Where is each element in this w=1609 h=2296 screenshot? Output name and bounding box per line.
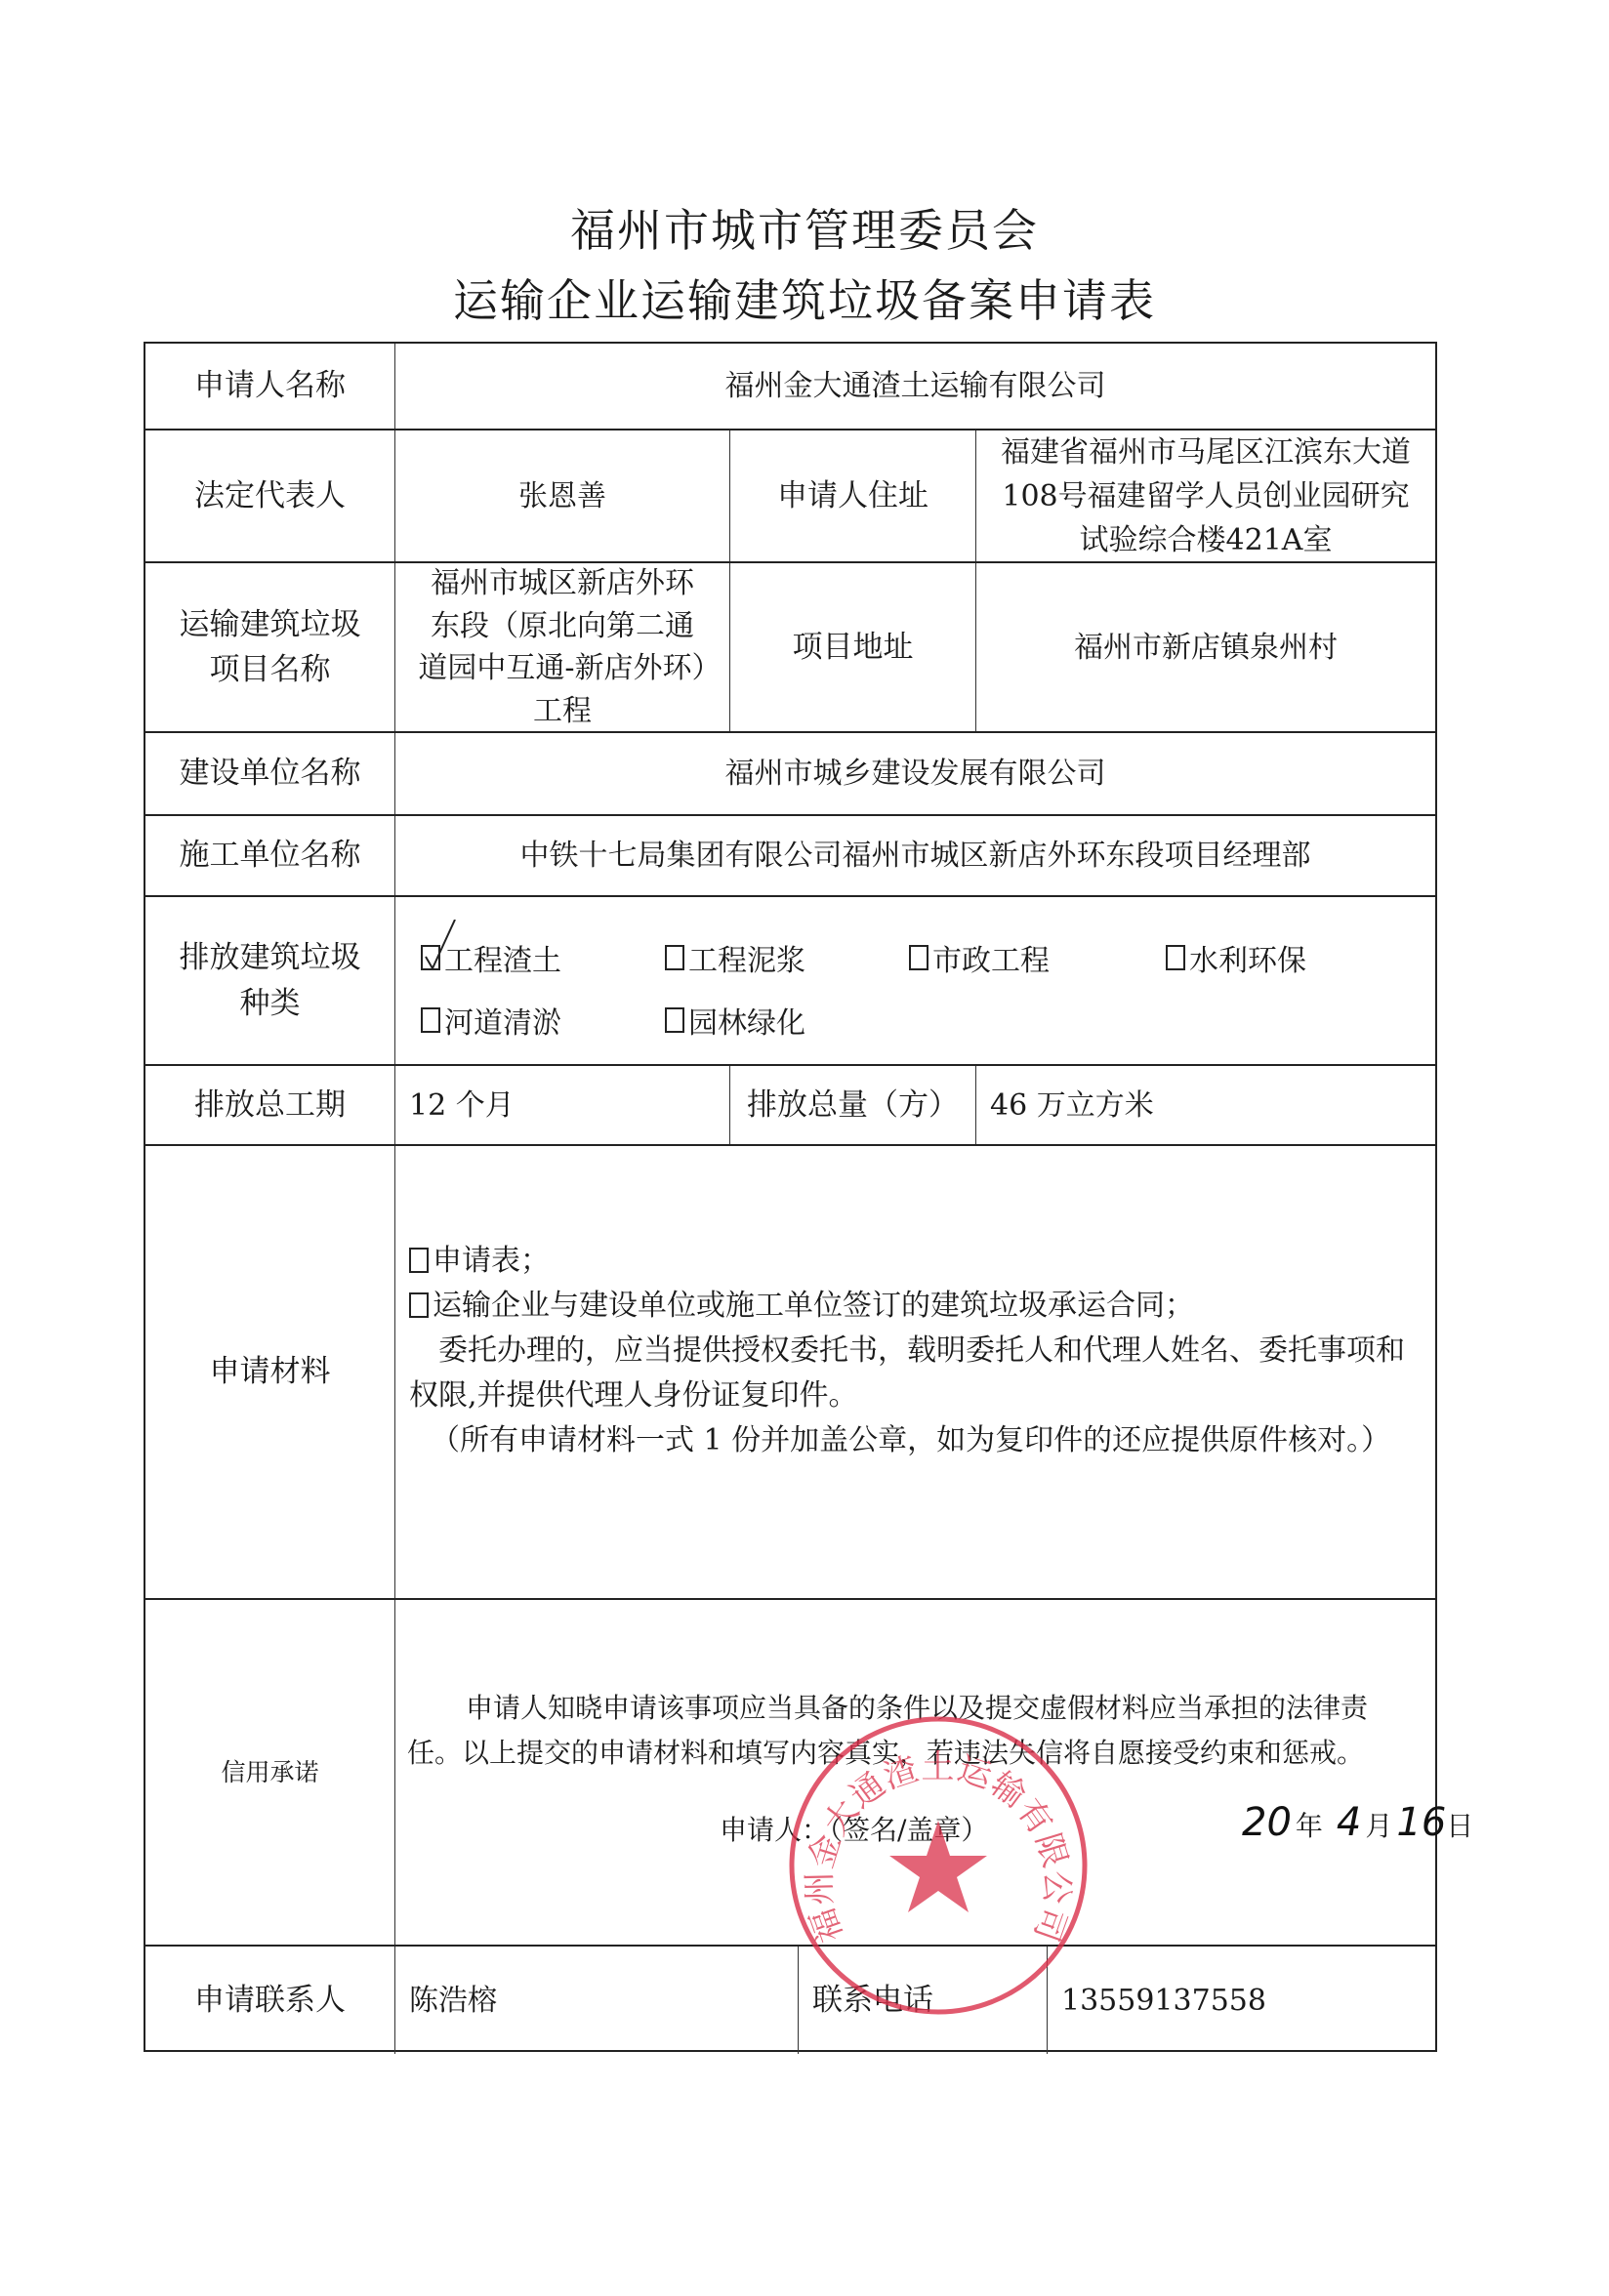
total-volume-label: 排放总量（方） xyxy=(729,1066,975,1144)
duration-value: 12 个月 xyxy=(394,1066,729,1144)
applicant-name-label: 申请人名称 xyxy=(145,344,394,429)
project-address-value: 福州市新店镇泉州村 xyxy=(975,563,1435,731)
legal-rep-value: 张恩善 xyxy=(394,430,729,561)
checkbox-unchecked[interactable] xyxy=(665,1007,684,1033)
materials-note-1: 委托办理的，应当提供授权委托书，载明委托人和代理人姓名、委托事项和权限,并提供代… xyxy=(409,1329,1416,1418)
materials-item-1: 申请表； xyxy=(409,1239,1416,1284)
duration-label: 排放总工期 xyxy=(145,1066,394,1144)
builder-unit-label: 建设单位名称 xyxy=(145,733,394,814)
option-label: 工程渣土 xyxy=(444,936,561,979)
checkbox-unchecked[interactable] xyxy=(1166,945,1185,970)
waste-type-option-municipal[interactable]: 市政工程 xyxy=(909,936,1050,979)
builder-unit-value: 福州市城乡建设发展有限公司 xyxy=(394,733,1435,814)
credit-content: 申请人知晓申请该事项应当具备的条件以及提交虚假材料应当承担的法律责任。以上提交的… xyxy=(407,1600,1416,1945)
total-volume-value: 46 万立方米 xyxy=(975,1066,1435,1144)
waste-type-option-engineering-soil[interactable]: 工程渣土 xyxy=(421,936,561,979)
row-materials: 申请材料 申请表； 运输企业与建设单位或施工单位签订的建筑垃圾承运合同； 委托办… xyxy=(145,1144,1435,1598)
row-construction-unit: 施工单位名称 中铁十七局集团有限公司福州市城区新店外环东段项目经理部 xyxy=(145,814,1435,895)
row-contact: 申请联系人 陈浩榕 联系电话 13559137558 xyxy=(145,1945,1435,2054)
materials-item-2: 运输企业与建设单位或施工单位签订的建筑垃圾承运合同； xyxy=(409,1284,1416,1329)
signature-date: 20 年 4 月 16 日 xyxy=(1242,1800,1473,1849)
project-address-label: 项目地址 xyxy=(729,563,975,731)
row-applicant-name: 申请人名称 福州金大通渣土运输有限公司 xyxy=(145,344,1435,429)
materials-item-label: 申请表； xyxy=(433,1244,550,1278)
checkbox-checked[interactable] xyxy=(421,945,440,970)
credit-label: 信用承诺 xyxy=(145,1600,394,1945)
application-form-table: 申请人名称 福州金大通渣土运输有限公司 法定代表人 张恩善 申请人住址 福建省福… xyxy=(144,342,1437,2052)
page-title-line1: 福州市城市管理委员会 xyxy=(0,195,1609,260)
waste-type-option-river-dredging[interactable]: 河道清淤 xyxy=(421,999,561,1042)
project-name-label: 运输建筑垃圾项目名称 xyxy=(145,563,394,731)
option-label: 市政工程 xyxy=(932,936,1050,979)
row-credit-commitment: 信用承诺 申请人知晓申请该事项应当具备的条件以及提交虚假材料应当承担的法律责任。… xyxy=(145,1598,1435,1945)
checkmark-icon xyxy=(424,920,457,972)
row-waste-type: 排放建筑垃圾种类 工程渣土 工程泥浆 市政工程 水利环保 xyxy=(145,895,1435,1064)
option-label: 工程泥浆 xyxy=(688,936,805,979)
date-year: 20 xyxy=(1242,1800,1292,1845)
date-month: 4 xyxy=(1337,1800,1361,1845)
checkbox-unchecked[interactable] xyxy=(409,1248,429,1273)
day-char: 日 xyxy=(1446,1804,1473,1849)
checkbox-unchecked[interactable] xyxy=(665,945,684,970)
option-label: 园林绿化 xyxy=(688,999,805,1042)
row-legal-rep: 法定代表人 张恩善 申请人住址 福建省福州市马尾区江滨东大道108号福建留学人员… xyxy=(145,429,1435,561)
materials-note-2: （所有申请材料一式 1 份并加盖公章，如为复印件的还应提供原件核对。） xyxy=(409,1418,1416,1463)
applicant-name-value: 福州金大通渣土运输有限公司 xyxy=(394,344,1435,429)
row-duration-volume: 排放总工期 12 个月 排放总量（方） 46 万立方米 xyxy=(145,1064,1435,1144)
waste-type-label: 排放建筑垃圾种类 xyxy=(145,897,394,1064)
option-label: 水利环保 xyxy=(1189,936,1306,979)
option-label: 河道清淤 xyxy=(444,999,561,1042)
materials-label: 申请材料 xyxy=(145,1146,394,1598)
applicant-address-value: 福建省福州市马尾区江滨东大道108号福建留学人员创业园研究试验综合楼421A室 xyxy=(975,430,1435,561)
project-name-value: 福州市城区新店外环东段（原北向第二通道园中互通-新店外环）工程 xyxy=(394,563,729,731)
row-builder-unit: 建设单位名称 福州市城乡建设发展有限公司 xyxy=(145,731,1435,814)
legal-rep-label: 法定代表人 xyxy=(145,430,394,561)
credit-text: 申请人知晓申请该事项应当具备的条件以及提交虚假材料应当承担的法律责任。以上提交的… xyxy=(407,1686,1416,1776)
applicant-address-label: 申请人住址 xyxy=(729,430,975,561)
signature-label: 申请人：（签名/盖章） xyxy=(720,1808,988,1853)
waste-type-option-water-conservancy[interactable]: 水利环保 xyxy=(1166,936,1306,979)
construction-unit-label: 施工单位名称 xyxy=(145,816,394,895)
date-day: 16 xyxy=(1396,1800,1446,1845)
row-project: 运输建筑垃圾项目名称 福州市城区新店外环东段（原北向第二通道园中互通-新店外环）… xyxy=(145,561,1435,731)
waste-type-option-group: 工程渣土 工程泥浆 市政工程 水利环保 河道清淤 园林绿化 xyxy=(394,897,1435,1064)
checkbox-unchecked[interactable] xyxy=(409,1292,429,1318)
contact-phone-label: 联系电话 xyxy=(798,1947,1047,2054)
page-title-line2: 运输企业运输建筑垃圾备案申请表 xyxy=(0,266,1609,330)
contact-person-value: 陈浩榕 xyxy=(394,1947,798,2054)
year-char: 年 xyxy=(1296,1804,1323,1849)
waste-type-option-landscaping[interactable]: 园林绿化 xyxy=(665,999,805,1042)
materials-item-label: 运输企业与建设单位或施工单位签订的建筑垃圾承运合同； xyxy=(433,1289,1194,1323)
checkbox-unchecked[interactable] xyxy=(909,945,928,970)
construction-unit-value: 中铁十七局集团有限公司福州市城区新店外环东段项目经理部 xyxy=(394,816,1435,895)
waste-type-option-engineering-slurry[interactable]: 工程泥浆 xyxy=(665,936,805,979)
checkbox-unchecked[interactable] xyxy=(421,1007,440,1033)
month-char: 月 xyxy=(1365,1804,1392,1849)
contact-person-label: 申请联系人 xyxy=(145,1947,394,2054)
contact-phone-value: 13559137558 xyxy=(1047,1947,1435,2054)
materials-content: 申请表； 运输企业与建设单位或施工单位签订的建筑垃圾承运合同； 委托办理的，应当… xyxy=(409,1146,1416,1598)
